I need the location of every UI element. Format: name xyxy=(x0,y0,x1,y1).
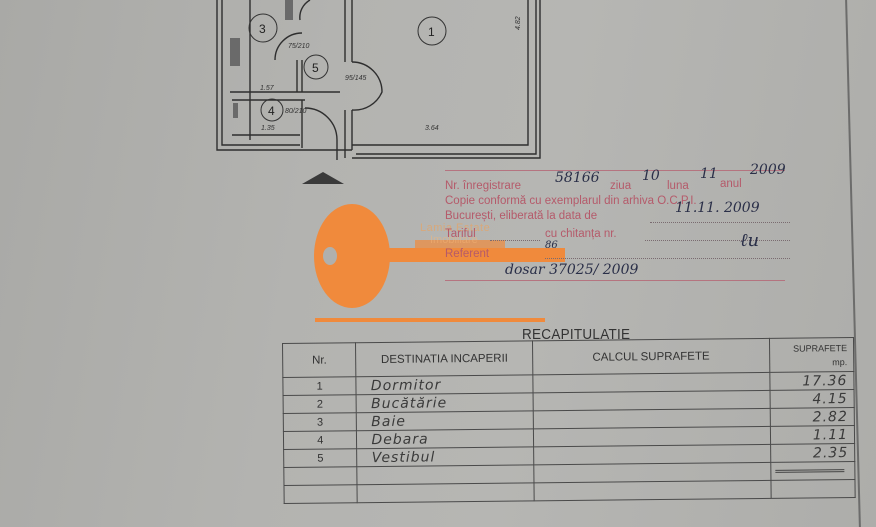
header-nr: Nr. xyxy=(283,343,357,378)
total-underline xyxy=(775,469,844,473)
cell-destination: Baie xyxy=(357,411,534,431)
cell-area: 17.36 xyxy=(769,372,854,391)
cell-area-text: 4.15 xyxy=(812,391,847,407)
cell-destination-text xyxy=(358,468,372,484)
month-label: luna xyxy=(667,180,689,192)
cell-area-text: 2.35 xyxy=(813,445,848,461)
tariff-label: Tariful xyxy=(445,228,476,240)
year-value: 2009 xyxy=(750,162,786,178)
stamp-reg-line: Nr. înregistrare xyxy=(445,180,521,192)
cell-area: 4.15 xyxy=(770,390,855,409)
cell-destination-text xyxy=(358,486,372,502)
stamp-copy-line: Copie conformă cu exemplarul din arhiva … xyxy=(445,195,697,207)
referent-label: Referent xyxy=(445,248,489,260)
cell-destination-text: Bucătărie xyxy=(357,395,447,412)
dim-door-b: 95/145 xyxy=(345,75,367,82)
room-number-5: 5 xyxy=(312,61,319,75)
cell-area-text: 2.82 xyxy=(813,409,848,425)
cell-nr: 2 xyxy=(283,395,357,414)
cell-calculation xyxy=(534,480,771,500)
reg-label: Nr. înregistrare xyxy=(445,180,521,192)
dosar-number: dosar 37025/ 2009 xyxy=(505,262,638,278)
cell-area: 2.82 xyxy=(770,408,855,427)
cell-destination-text: Dormitor xyxy=(357,377,442,394)
cell-nr: 3 xyxy=(283,413,357,432)
cell-nr: 5 xyxy=(284,449,358,468)
day-value: 10 xyxy=(642,168,660,184)
cell-area: 2.35 xyxy=(770,444,855,463)
cell-area-text: 1.11 xyxy=(813,427,848,443)
cell-nr xyxy=(284,467,358,486)
cell-area xyxy=(771,480,856,499)
header-area: SUPRAFETE mp. xyxy=(769,338,854,373)
cell-destination: Vestibul xyxy=(357,447,534,467)
recap-table: Nr. DESTINATIA INCAPERII CALCUL SUPRAFET… xyxy=(282,337,856,504)
header-area-unit: mp. xyxy=(770,355,848,370)
cell-destination: Debara xyxy=(357,429,534,449)
cell-destination-text: Vestibul xyxy=(358,449,436,466)
cell-destination xyxy=(357,483,534,503)
room-number-1: 1 xyxy=(428,25,435,39)
signature: ℓu xyxy=(740,230,759,251)
tariff-value: 86 xyxy=(545,240,558,251)
cell-destination-text: Debara xyxy=(357,431,428,448)
header-destination: DESTINATIA INCAPERII xyxy=(356,341,533,377)
cell-destination: Dormitor xyxy=(356,375,533,395)
dim-room1-width: 3.64 xyxy=(425,125,439,132)
year-label: anul xyxy=(720,178,742,190)
cell-nr xyxy=(284,485,358,504)
reg-number: 58166 xyxy=(555,170,600,186)
cell-destination: Bucătărie xyxy=(356,393,533,413)
room-number-3: 3 xyxy=(259,22,266,36)
dim-door-a: 75/210 xyxy=(288,43,310,50)
dim-misc-a: 1.57 xyxy=(260,85,275,92)
dim-misc-b: 1.35 xyxy=(261,125,275,132)
cell-nr: 4 xyxy=(283,431,357,450)
header-area-line1: SUPRAFETE xyxy=(770,341,848,356)
room-number-4: 4 xyxy=(268,104,275,118)
stamp-issue-label: București, eliberată la data de xyxy=(445,210,597,222)
cell-destination xyxy=(357,465,534,485)
entrance-arrow-icon xyxy=(300,170,346,191)
dim-misc-c: 80/210 xyxy=(285,108,307,115)
receipt-label: cu chitanța nr. xyxy=(545,228,617,240)
dim-room1-height: 4.82 xyxy=(515,16,522,30)
cell-area-text: 17.36 xyxy=(802,373,847,389)
cell-nr: 1 xyxy=(283,377,357,396)
cell-area xyxy=(770,462,855,481)
day-label: ziua xyxy=(610,180,631,192)
cell-area: 1.11 xyxy=(770,426,855,445)
cell-destination-text: Baie xyxy=(357,413,406,430)
month-value: 11 xyxy=(700,166,718,182)
header-calculation: CALCUL SUPRAFETE xyxy=(533,338,770,374)
ocpi-stamp: Nr. înregistrare 58166 ziua 10 luna 11 a… xyxy=(445,160,805,290)
issue-date: 11.11. 2009 xyxy=(675,200,760,216)
